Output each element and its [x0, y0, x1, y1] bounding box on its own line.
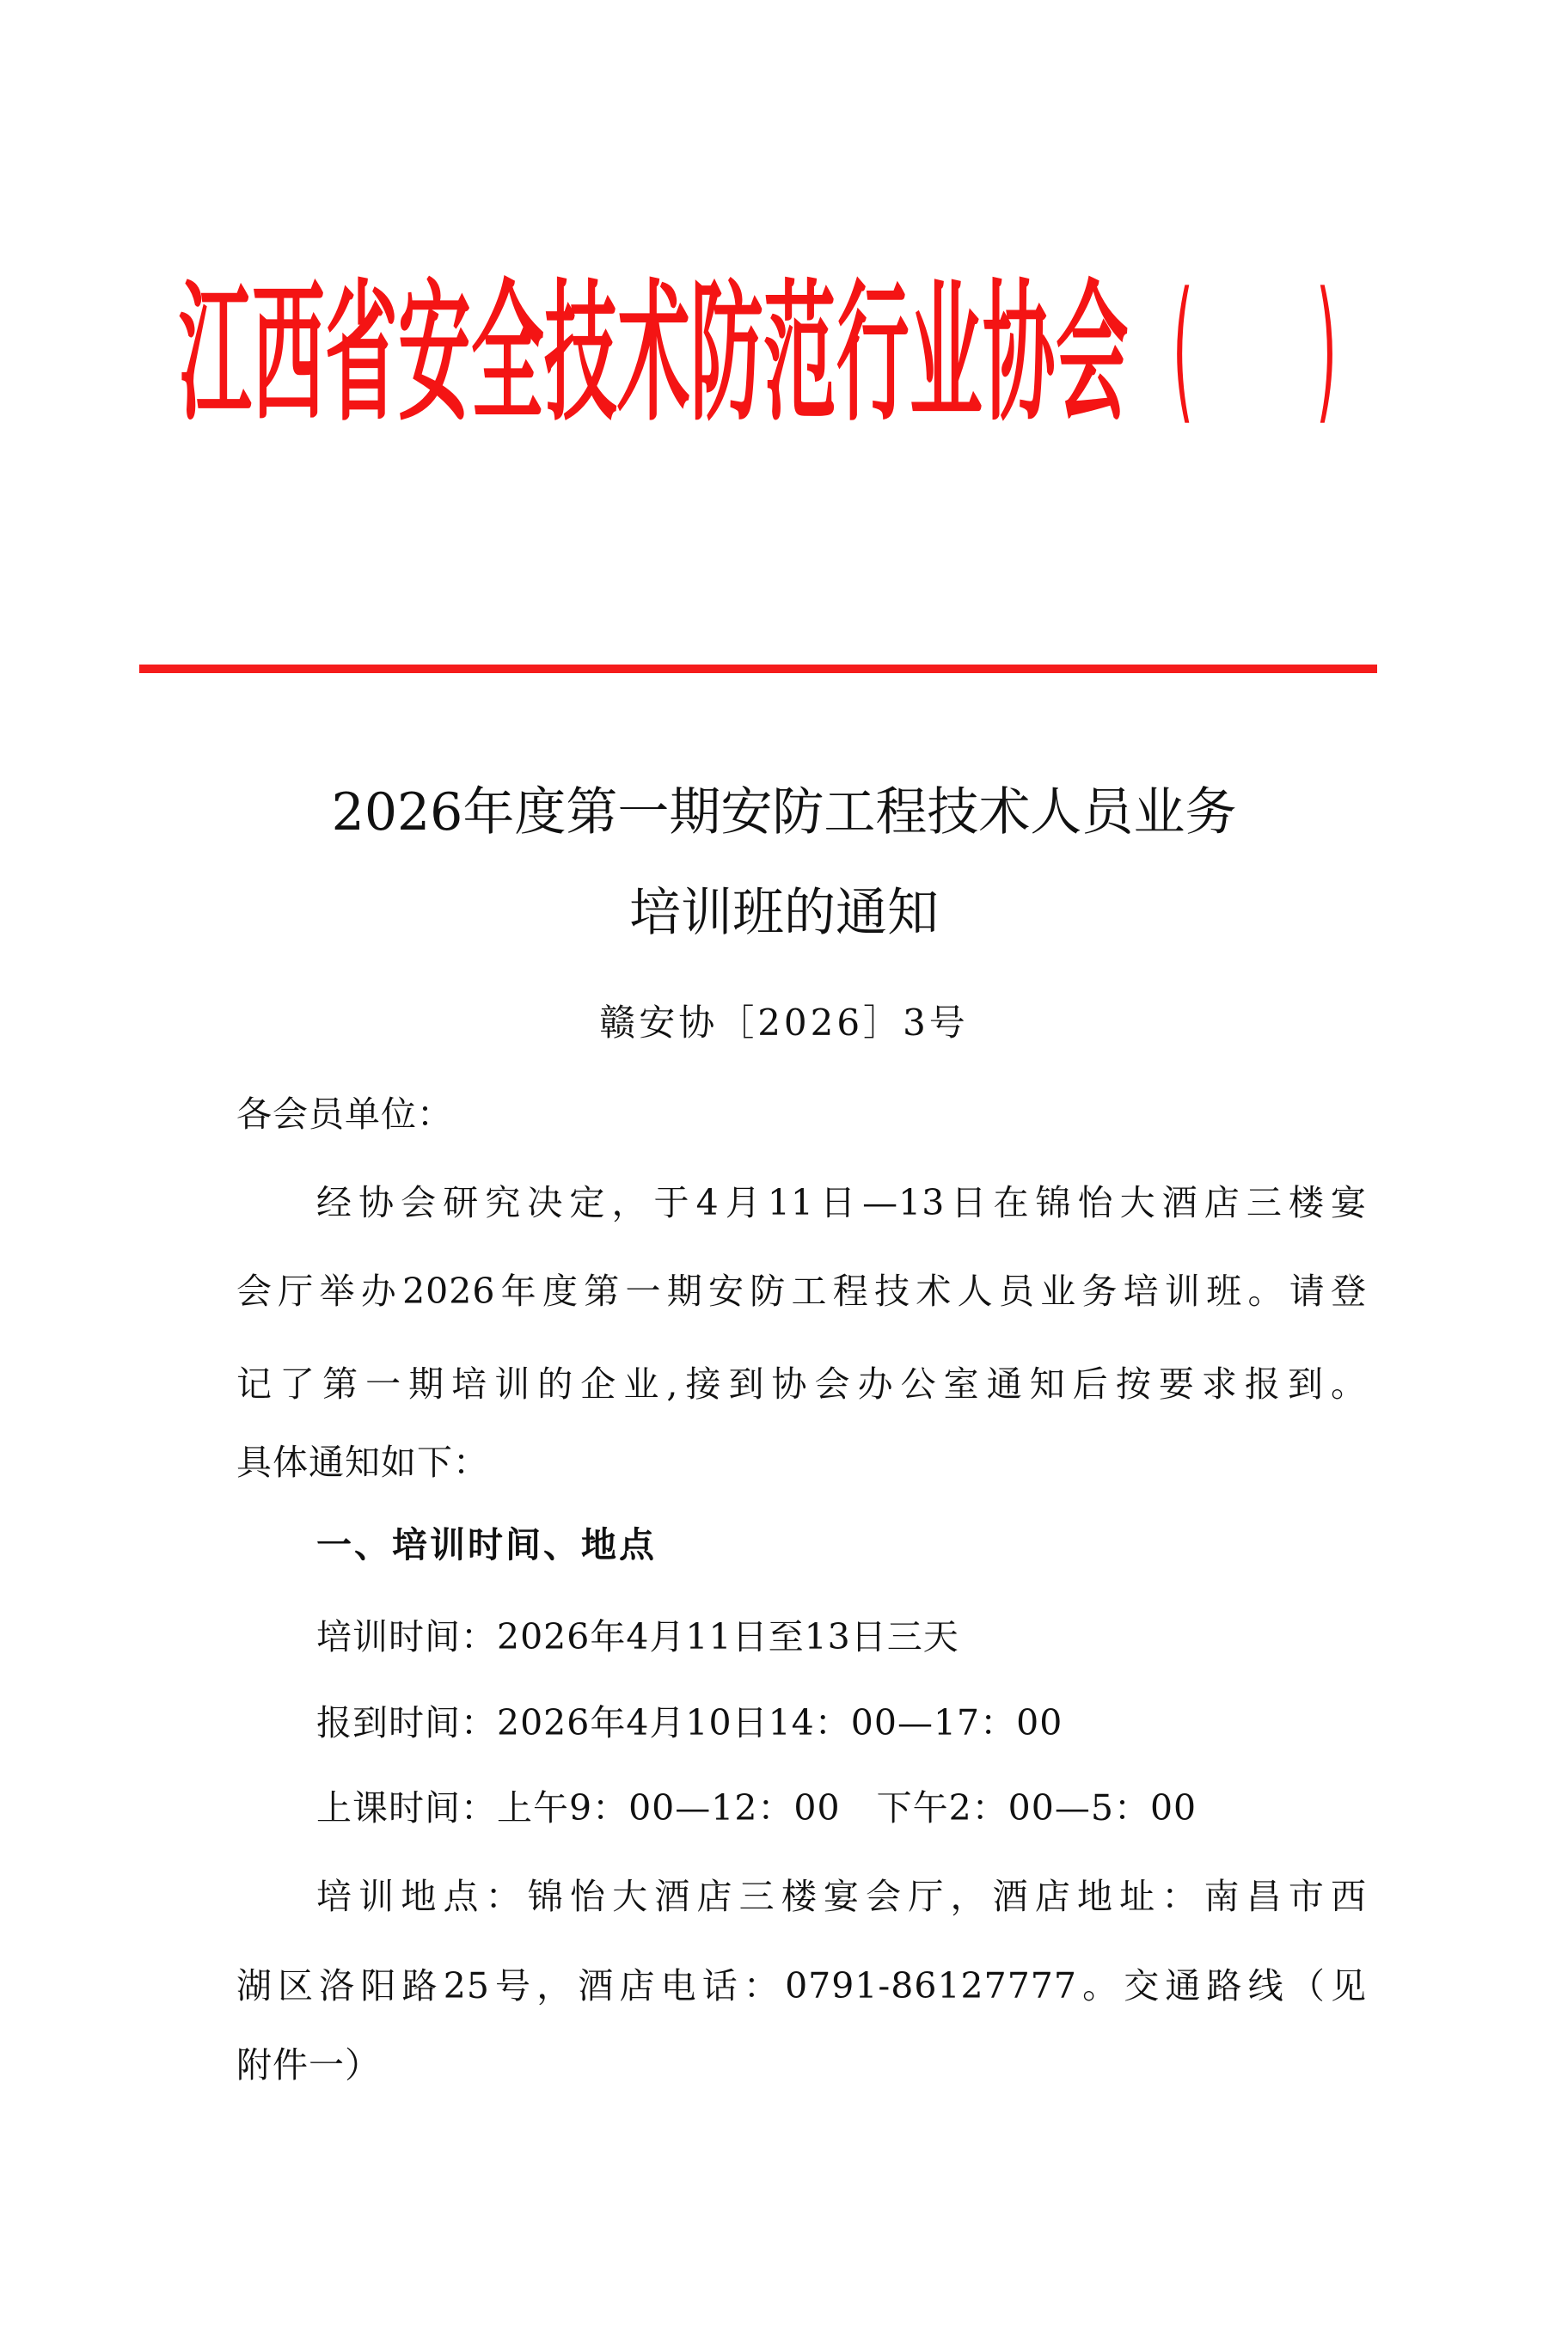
check-in-time-line: 报到时间：2026年4月10日14：00—17：00: [316, 1697, 1367, 1749]
masthead-paren-right: ): [1316, 268, 1326, 440]
masthead-char: 协: [983, 268, 1018, 440]
masthead-char: 西: [252, 268, 287, 440]
masthead-char: 全: [471, 268, 506, 440]
paragraph-line: 会厅举办2026年度第一期安防工程技术人员业务培训班。请登: [236, 1265, 1367, 1317]
masthead-char: 业: [910, 268, 945, 440]
training-time-line: 培训时间：2026年4月11日至13日三天: [316, 1611, 1367, 1663]
masthead-char: 安: [398, 268, 433, 440]
paragraph-line: 具体通知如下：: [236, 1437, 1367, 1488]
paragraph-line: 经协会研究决定，于4月11日—13日在锦怡大酒店三楼宴: [316, 1177, 1367, 1228]
masthead-char: 术: [617, 268, 652, 440]
masthead-char: 行: [836, 268, 872, 440]
masthead-char: 技: [544, 268, 579, 440]
document-title-line-2: 培训班的通知: [0, 879, 1568, 947]
masthead-char: 省: [325, 268, 360, 440]
masthead-char: 范: [763, 268, 799, 440]
masthead-char: 防: [690, 268, 726, 440]
masthead-char: 会: [1056, 268, 1091, 440]
masthead-org-name: 江西省安全技术防范行业协会 ( ): [160, 268, 1110, 440]
document-number: 赣安协［2026］3号: [0, 997, 1568, 1049]
venue-line: 湖区洛阳路25号，酒店电话：0791-86127777。交通路线（见: [236, 1960, 1367, 2012]
masthead-char: 江: [179, 268, 214, 440]
document-page: 江西省安全技术防范行业协会 ( ) 2026年度第一期安防工程技术人员业务 培训…: [0, 0, 1568, 2328]
salutation: 各会员单位：: [236, 1088, 1367, 1140]
masthead-paren-left: (: [1173, 268, 1182, 440]
document-title-line-1: 2026年度第一期安防工程技术人员业务: [0, 778, 1568, 847]
paragraph-line: 记了第一期培训的企业,接到协会办公室通知后按要求报到。: [236, 1358, 1367, 1410]
venue-line: 附件一）: [236, 2039, 1367, 2091]
class-time-line: 上课时间：上午9：00—12：00 下午2：00—5：00: [316, 1782, 1367, 1834]
section-heading-time-location: 一、培训时间、地点: [316, 1519, 1367, 1571]
venue-line: 培训地点：锦怡大酒店三楼宴会厅，酒店地址：南昌市西: [316, 1871, 1367, 1922]
masthead-red-rule: [139, 665, 1377, 673]
